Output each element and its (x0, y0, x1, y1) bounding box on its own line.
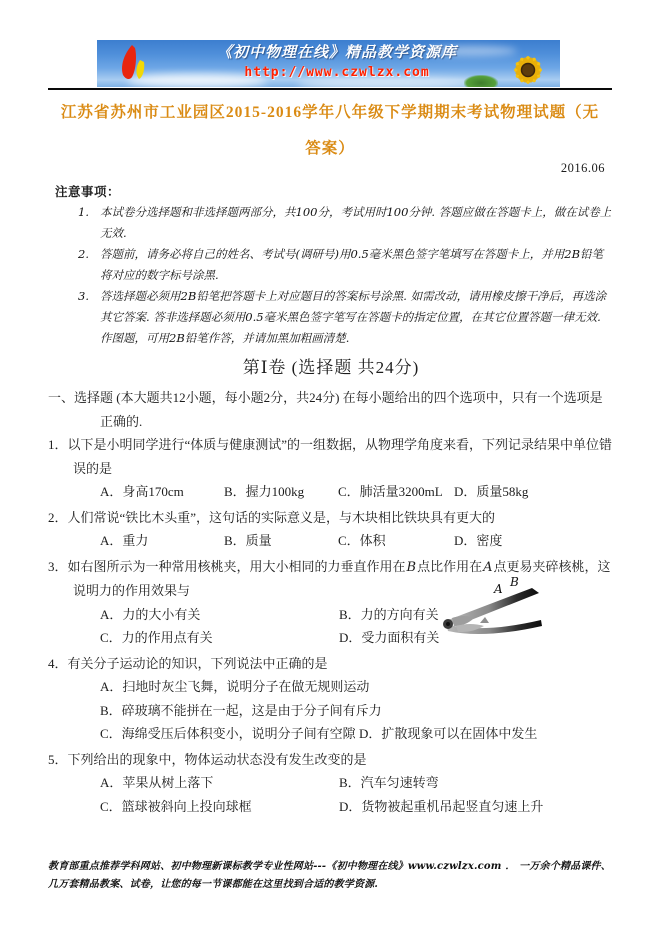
question-5-options-row1: A．苹果从树上落下 B．汽车匀速转弯 (100, 771, 614, 795)
question-1-options: A．身高170cm B．握力100kg C．肺活量3200mL D．质量58kg (100, 480, 614, 504)
sunflower-icon (498, 48, 554, 87)
option-label: D． (454, 484, 476, 499)
question-text: 人们常说“铁比木头重”，这句话的实际意义是，与木块相比铁块具有更大的 (68, 510, 496, 525)
option-label: B． (224, 484, 246, 499)
option-label: B． (339, 607, 361, 622)
option-text: 力的方向有关 (361, 607, 439, 622)
option-text: 篮球被斜向上投向球框 (122, 799, 252, 814)
exam-date: 2016.06 (48, 161, 605, 176)
option-text: 碎玻璃不能拼在一起，这是由于分子间有斥力 (122, 703, 382, 718)
option-text: 密度 (476, 533, 502, 548)
notice-item-text: 答题前，请务必将自己的姓名、考试号(调研号)用0.5毫米黑色签字笔填写在答题卡上… (100, 247, 603, 282)
option-d: D．质量58kg (454, 480, 528, 504)
question-2-options: A．重力 B．质量 C．体积 D．密度 (100, 529, 614, 553)
option-d: D．密度 (454, 529, 502, 553)
option-c: C．体积 (338, 529, 454, 553)
option-label: D． (339, 799, 361, 814)
option-c: C．力的作用点有关 (100, 626, 339, 650)
option-label: A． (100, 533, 122, 548)
question-5: 5．下列给出的现象中，物体运动状态没有发生改变的是 A．苹果从树上落下 B．汽车… (48, 748, 614, 819)
option-label: C． (100, 726, 122, 741)
option-b: B．汽车匀速转弯 (339, 771, 439, 795)
question-number: 2． (48, 510, 68, 525)
option-c: C．篮球被斜向上投向球框 (100, 795, 339, 819)
option-text: 身高170cm (122, 484, 183, 499)
question-text-part: 如右图所示为一种常用核桃夹，用大小相同的力垂直作用在 (68, 559, 406, 574)
question-number: 3． (48, 559, 68, 574)
notice-item-text: 本试卷分选择题和非选择题两部分，共100分，考试用时100分钟. 答题应做在答题… (100, 205, 611, 240)
figure-point-a-label: A (494, 582, 503, 596)
option-d: D．扩散现象可以在固体中发生 (359, 722, 537, 746)
option-label: D． (339, 630, 361, 645)
notice-item-number: 3. (78, 286, 100, 307)
option-text: 力的作用点有关 (122, 630, 213, 645)
flame-logo-icon (113, 44, 155, 84)
question-text: 有关分子运动论的知识，下列说法中正确的是 (68, 656, 328, 671)
option-text: 扫地时灰尘飞舞，说明分子在做无规则运动 (122, 679, 369, 694)
notice-heading: 注意事项： (55, 182, 612, 202)
variable-a: A (482, 560, 493, 575)
exam-paper-page: 《初中物理在线》精品教学资源库 http://www.czwlzx.com (0, 0, 661, 936)
option-a: A．力的大小有关 (100, 603, 339, 627)
option-label: A． (100, 484, 122, 499)
header-divider (48, 88, 612, 90)
document-title: 江苏省苏州市工业园区2015-2016学年八年级下学期期末考试物理试题（无 答案… (40, 95, 620, 167)
option-label: B． (100, 703, 122, 718)
notice-item: 3.答选择题必须用2B铅笔把答题卡上对应题目的答案标号涂黑. 如需改动，请用橡皮… (78, 286, 612, 349)
question-text: 下列给出的现象中，物体运动状态没有发生改变的是 (68, 752, 367, 767)
question-number: 1． (48, 437, 68, 452)
option-text: 质量 (246, 533, 272, 548)
option-label: D． (359, 726, 381, 741)
option-text: 汽车匀速转弯 (361, 775, 439, 790)
option-label: A． (100, 607, 122, 622)
nutcracker-figure: A B (436, 576, 556, 640)
notice-item-text: 答选择题必须用2B铅笔把答题卡上对应题目的答案标号涂黑. 如需改动，请用橡皮擦干… (100, 289, 606, 345)
section-instruction: 一、选择题 (本大题共12小题，每小题2分，共24分) 在每小题给出的四个选项中… (48, 386, 614, 433)
question-text: 以下是小明同学进行“体质与健康测试”的一组数据，从物理学角度来看，下列记录结果中… (68, 437, 613, 476)
option-text: 质量58kg (476, 484, 528, 499)
question-4-options: A．扫地时灰尘飞舞，说明分子在做无规则运动 B．碎玻璃不能拼在一起，这是由于分子… (100, 675, 614, 746)
option-text: 重力 (122, 533, 148, 548)
notice-item: 2.答题前，请务必将自己的姓名、考试号(调研号)用0.5毫米黑色签字笔填写在答题… (78, 244, 612, 286)
notice-item-number: 1. (78, 202, 100, 223)
option-text: 苹果从树上落下 (122, 775, 213, 790)
option-c: C．海绵受压后体积变小，说明分子间有空隙 (100, 722, 356, 746)
option-d: D．受力面积有关 (339, 626, 439, 650)
question-4: 4．有关分子运动论的知识，下列说法中正确的是 A．扫地时灰尘飞舞，说明分子在做无… (48, 652, 614, 746)
notice-item: 1.本试卷分选择题和非选择题两部分，共100分，考试用时100分钟. 答题应做在… (78, 202, 612, 244)
notice-section: 注意事项： 1.本试卷分选择题和非选择题两部分，共100分，考试用时100分钟.… (55, 182, 612, 349)
option-c: C．肺活量3200mL (338, 480, 454, 504)
option-b: B．握力100kg (224, 480, 338, 504)
question-2: 2．人们常说“铁比木头重”，这句话的实际意义是，与木块相比铁块具有更大的 A．重… (48, 506, 614, 553)
option-text: 受力面积有关 (361, 630, 439, 645)
option-label: A． (100, 679, 122, 694)
option-label: C． (100, 630, 122, 645)
footer-line2: 几万套精品教案、试卷，让您的每一节课都能在这里找到合适的教学资源. (48, 876, 614, 894)
option-a: A．身高170cm (100, 480, 224, 504)
question-number: 5． (48, 752, 68, 767)
notice-list: 1.本试卷分选择题和非选择题两部分，共100分，考试用时100分钟. 答题应做在… (78, 202, 612, 349)
option-text: 扩散现象可以在固体中发生 (381, 726, 537, 741)
option-a: A．苹果从树上落下 (100, 771, 339, 795)
option-text: 握力100kg (246, 484, 305, 499)
option-label: B． (339, 775, 361, 790)
option-label: C． (338, 533, 360, 548)
banner-site-title: 《初中物理在线》精品教学资源库 (187, 42, 487, 64)
site-banner[interactable]: 《初中物理在线》精品教学资源库 http://www.czwlzx.com (97, 40, 560, 87)
question-1: 1．以下是小明同学进行“体质与健康测试”的一组数据，从物理学角度来看，下列记录结… (48, 433, 614, 504)
option-label: C． (100, 799, 122, 814)
option-d: D．货物被起重机吊起竖直匀速上升 (339, 795, 543, 819)
document-title-line1: 江苏省苏州市工业园区2015-2016学年八年级下学期期末考试物理试题（无 (40, 95, 620, 131)
question-5-options-row2: C．篮球被斜向上投向球框 D．货物被起重机吊起竖直匀速上升 (100, 795, 614, 819)
option-b: B．力的方向有关 (339, 603, 439, 627)
figure-point-b-label: B (510, 575, 519, 589)
question-text-part: 点比作用在 (417, 559, 482, 574)
notice-item-number: 2. (78, 244, 100, 265)
option-b: B．碎玻璃不能拼在一起，这是由于分子间有斥力 (100, 699, 382, 723)
banner-site-url[interactable]: http://www.czwlzx.com (187, 64, 487, 82)
page-footer: 教育部重点推荐学科网站、初中物理新课标教学专业性网站---《初中物理在线》www… (48, 858, 614, 894)
option-text: 海绵受压后体积变小，说明分子间有空隙 (122, 726, 356, 741)
option-text: 体积 (360, 533, 386, 548)
option-text: 货物被起重机吊起竖直匀速上升 (361, 799, 543, 814)
option-a: A．扫地时灰尘飞舞，说明分子在做无规则运动 (100, 675, 369, 699)
option-label: C． (338, 484, 360, 499)
foliage-decoration (464, 75, 498, 87)
option-label: A． (100, 775, 122, 790)
option-text: 肺活量3200mL (360, 484, 443, 499)
option-a: A．重力 (100, 529, 224, 553)
option-b: B．质量 (224, 529, 338, 553)
option-label: B． (224, 533, 246, 548)
option-text: 力的大小有关 (122, 607, 200, 622)
footer-line1: 教育部重点推荐学科网站、初中物理新课标教学专业性网站---《初中物理在线》www… (48, 858, 614, 876)
option-label: D． (454, 533, 476, 548)
section-title: 第Ⅰ卷 (选择题 共24分) (48, 352, 614, 384)
variable-b: B (406, 560, 418, 575)
question-number: 4． (48, 656, 68, 671)
